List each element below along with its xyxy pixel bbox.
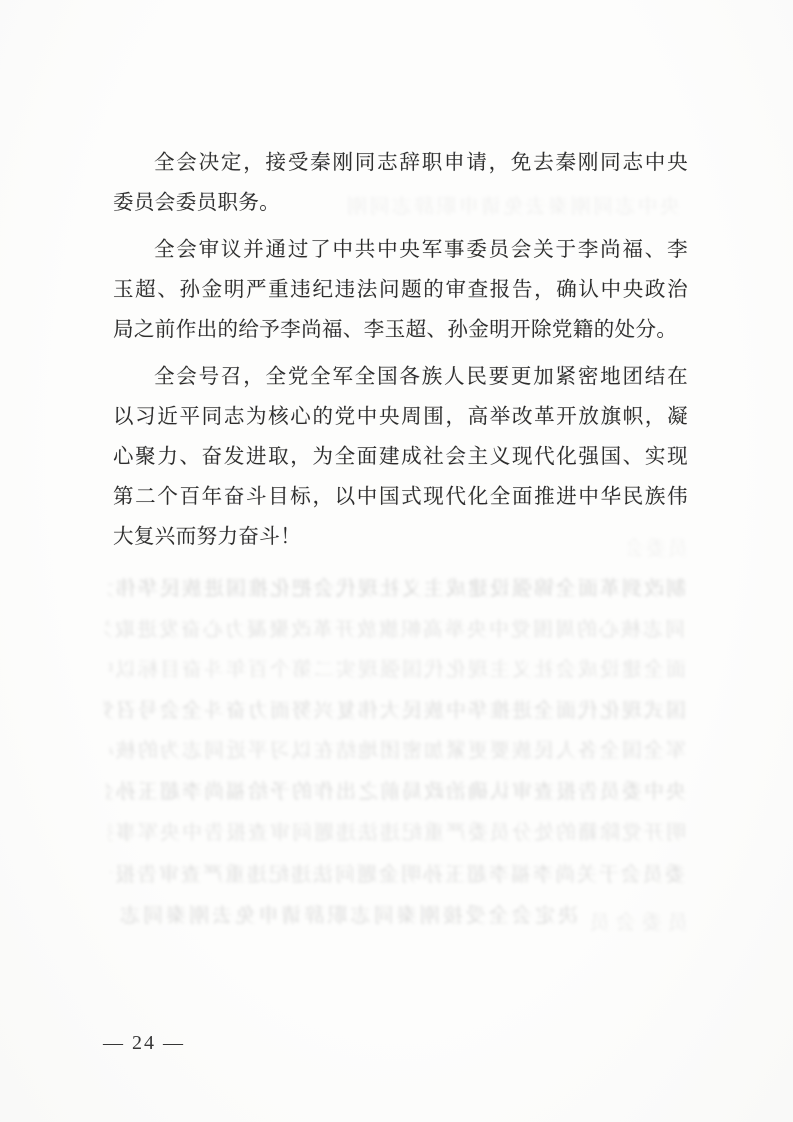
document-line: 心聚力、奋发进取，为全面建成社会主义现代化强国、实现 bbox=[113, 437, 688, 477]
document-body: 全会决定，接受秦刚同志辞职申请，免去秦刚同志中央委员会委员职务。全会审议并通过了… bbox=[113, 143, 688, 564]
bleed-through-line: 制改到革面全锦强设建成主义社现代会把化推国进族民华伟大 bbox=[108, 574, 686, 604]
bleed-through-line: 面全建设成会社义主现化代国强现实二第个百年斗奋目标以中 bbox=[108, 655, 686, 685]
bleed-through-line: 同志核心的周围党中央举高帜旗放开革改聚凝力心奋发进取为 bbox=[105, 615, 685, 645]
page-number: — 24 — bbox=[103, 1032, 185, 1055]
document-line: 委员会委员职务。 bbox=[113, 183, 688, 223]
bleed-through-line: 决定会全受接刚秦同志职辞请申免去刚秦同志 bbox=[118, 901, 578, 931]
bleed-through-line: 国式现化代面全进推华中族民大伟复兴努而力奋斗全会号召党 bbox=[104, 696, 686, 726]
bleed-through-line: 明开党除籍的处分员委严重纪违法违题问审查报告中央军事委 bbox=[108, 818, 686, 848]
document-line: 玉超、孙金明严重违纪违法问题的审查报告，确认中央政治 bbox=[113, 270, 688, 310]
document-line: 局之前作出的给予李尚福、李玉超、孙金明开除党籍的处分。 bbox=[113, 310, 688, 350]
paragraph: 全会号召，全党全军全国各族人民要更加紧密地团结在以习近平同志为核心的党中央周围，… bbox=[113, 357, 688, 557]
paragraph: 全会决定，接受秦刚同志辞职申请，免去秦刚同志中央委员会委员职务。 bbox=[113, 143, 688, 223]
bleed-through-line: 员委会员 bbox=[588, 908, 688, 938]
document-line: 以习近平同志为核心的党中央周围，高举改革开放旗帜，凝 bbox=[113, 397, 688, 437]
bleed-through-line: 军全国全各人民族要更紧加密团地结在以习平近同志为的核心 bbox=[108, 736, 686, 766]
paragraph: 全会审议并通过了中共中央军事委员会关于李尚福、李玉超、孙金明严重违纪违法问题的审… bbox=[113, 230, 688, 350]
document-line: 大复兴而努力奋斗！ bbox=[113, 517, 688, 557]
bleed-through-line: 央中委员告报查审认确治政局前之出作的予给福尚李超玉孙金 bbox=[106, 777, 686, 807]
document-line: 全会审议并通过了中共中央军事委员会关于李尚福、李 bbox=[113, 230, 688, 270]
scanned-document-page: 央中志同刚秦去免请申职辞志同刚员委会制改到革面全锦强设建成主义社现代会把化推国进… bbox=[0, 0, 793, 1122]
document-line: 全会号召，全党全军全国各族人民要更加紧密地团结在 bbox=[113, 357, 688, 397]
document-line: 全会决定，接受秦刚同志辞职申请，免去秦刚同志中央 bbox=[113, 143, 688, 183]
bleed-through-line: 委员会于关尚李福李超玉孙明金题问法违纪违重严查审告报告 bbox=[110, 860, 685, 890]
document-line: 第二个百年奋斗目标，以中国式现代化全面推进中华民族伟 bbox=[113, 477, 688, 517]
